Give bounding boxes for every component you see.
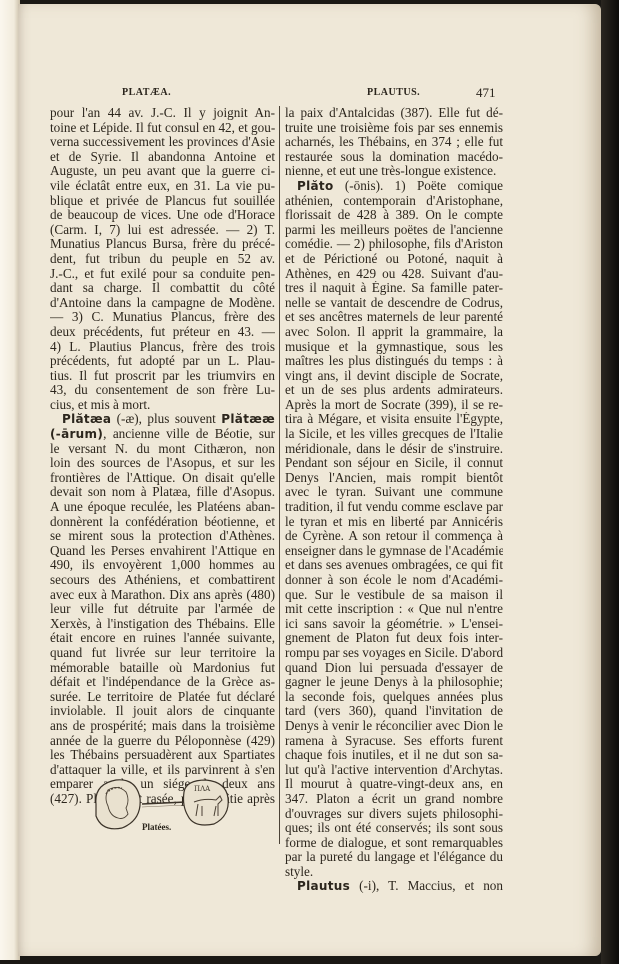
text-line: par la pureté du langage et l'élégance d… xyxy=(285,850,503,865)
text-line: Denys l'Ancien, mais rompit bientôt xyxy=(285,471,503,486)
headword: Plătæa xyxy=(62,412,111,426)
text-line: Il mourut à quatre-vingt-deux ans, en xyxy=(285,777,503,792)
text-line: 490, ils envoyèrent 1,000 hommes au xyxy=(50,558,275,573)
text-line: toine et Lépide. Il fut consul en 42, et… xyxy=(50,121,275,136)
text-line: athénien, contemporain d'Aristophane, xyxy=(285,194,503,209)
headword: Plăto xyxy=(297,179,334,193)
text-line: secours des Athéniens, et combattirent xyxy=(50,573,275,588)
running-head-right: PLAUTUS. xyxy=(367,87,420,98)
text-line: nelle se vantait de descendre de Codrus, xyxy=(285,296,503,311)
svg-text:ΠΛΑ: ΠΛΑ xyxy=(194,785,211,793)
text-line: devait son nom à Platæa, fille d'Asopus. xyxy=(50,485,275,500)
text-line: quand Dion lui persuada d'essayer de xyxy=(285,661,503,676)
text-line: loin des sources de l'Asopus, et sur les xyxy=(50,456,275,471)
text-line: tradition, il fut vendu comme esclave pa… xyxy=(285,500,503,515)
text-line: les Thébains persuadèrent aux Spartiates xyxy=(50,748,275,763)
entry-first-line: Plătæa (-æ), plus souvent Plătææ xyxy=(50,412,275,427)
text-line: truite une troisième fois par ses ennemi… xyxy=(285,121,503,136)
alt-headword: Plătææ xyxy=(221,412,275,426)
text-line: mémorable bataille où Mardonius fut xyxy=(50,661,275,676)
text-line: année de la guerre du Péloponnèse (429) xyxy=(50,734,275,749)
text-line: le tyran et mis en liberté par Annicéris xyxy=(285,515,503,530)
text-line: Xerxès, à l'instigation des Thébains. El… xyxy=(50,617,275,632)
text-line: se mirent sous la protection d'Athènes. xyxy=(50,529,275,544)
text-line: style. xyxy=(285,865,503,880)
text-line: acharnés, les Thébains, en 374 ; elle fu… xyxy=(285,135,503,150)
text-line: A une époque reculée, les Platéens aban- xyxy=(50,500,275,515)
text-line: le versant N. du mont Cithæron, non xyxy=(50,442,275,457)
headword: Plautus xyxy=(297,879,350,893)
text-line: tius. Il fut proscrit par les triumvirs … xyxy=(50,369,275,384)
plancus-continuation: pour l'an 44 av. J.-C. Il y joignit An-t… xyxy=(50,106,275,412)
text-line: méridionale, dans le désir de s'instruir… xyxy=(285,442,503,457)
text-line: Denys à venir le réconcilier avec Dion l… xyxy=(285,719,503,734)
text-line: dant sa charge. Il combattit du côté xyxy=(50,281,275,296)
text-line: nienne, et eut une très-longue existence… xyxy=(285,164,503,179)
text-line: maîtres les plus distingués du temps : à xyxy=(285,354,503,369)
text-line: J.-C., et fut exilé pour sa conduite pen… xyxy=(50,267,275,282)
page-number: 471 xyxy=(476,85,496,101)
text-line: 4) L. Plautius Plancus, frère des trois xyxy=(50,340,275,355)
text-line: donner à son école le nom d'Académi- xyxy=(285,573,503,588)
text-line: la seconde fois, quelques années plus xyxy=(285,690,503,705)
text-line: deux précédents, fut préteur en 43. — xyxy=(50,325,275,340)
entry-plato: Plăto (-ōnis). 1) Poëte comique athénien… xyxy=(285,179,503,880)
text-line: restaurée sous la domination macédo- xyxy=(285,150,503,165)
text-line: Après la mort de Socrate (399), il se re… xyxy=(285,398,503,413)
text-line: la Sicile, et les villes grecques de l'I… xyxy=(285,427,503,442)
text-line: gagner le jeune Denys à la philosophie; xyxy=(285,675,503,690)
text-line: verna successivement les provinces d'Asi… xyxy=(50,135,275,150)
text-line: ramena à Syracuse. Ses efforts furent xyxy=(285,734,503,749)
text-line: tira à Mégare, et visita ensuite l'Égypt… xyxy=(285,412,503,427)
plataea-continuation: la paix d'Antalcidas (387). Elle fut dé-… xyxy=(285,106,503,179)
facing-page-edge xyxy=(0,0,20,960)
text-line: était encore en ruines l'année suivante, xyxy=(50,631,275,646)
text-line: blique et privée de Plancus fut souillée xyxy=(50,194,275,209)
text-line: chaque fois inutiles, et il ne dut son s… xyxy=(285,748,503,763)
text-line: avec Solon. Il apprit la grammaire, la xyxy=(285,325,503,340)
text-line: — 3) C. Munatius Plancus, frère des xyxy=(50,310,275,325)
text-line: ici sans savoir la géométrie. » L'ensei- xyxy=(285,617,503,632)
text-line: et un de ses plus ardents admirateurs. xyxy=(285,383,503,398)
text-line: d'ouvrages sur divers sujets philosophi- xyxy=(285,807,503,822)
text-line: (Carm. I, 7) lui est adressée. — 2) T. xyxy=(50,223,275,238)
text-line: mit cette inscription : « Que nul n'entr… xyxy=(285,602,503,617)
text-line: Athènes, en 429 ou 428. Suivant d'au- xyxy=(285,267,503,282)
text-line: et dans ses avenues ombragées, ce qui fi… xyxy=(285,558,503,573)
right-column: la paix d'Antalcidas (387). Elle fut dé-… xyxy=(285,106,503,894)
entry-first-line: Plautus (-i), T. Maccius, et non xyxy=(285,879,503,894)
column-divider xyxy=(279,106,280,844)
text-line: inviolable. Il jouit alors de cinquante xyxy=(50,704,275,719)
text-line: florissait de 428 à 389. On le compte xyxy=(285,208,503,223)
text-line: Munatius Plancus Bursa, frère du précé- xyxy=(50,237,275,252)
text-line: de beaucoup de vices. Une ode d'Horace xyxy=(50,208,275,223)
text-line: comédie. — 2) philosophe, fils d'Ariston xyxy=(285,237,503,252)
text-line: parmi les meilleurs poëtes de l'ancienne xyxy=(285,223,503,238)
text-line: 347. Platon a écrit un grand nombre xyxy=(285,792,503,807)
text-line: ans de prospérité; mais dans la troisièm… xyxy=(50,719,275,734)
text-line: leur ville fut détruite par l'armée de xyxy=(50,602,275,617)
text-line: tard (vers 360), quand l'invitation de xyxy=(285,704,503,719)
entry-second-line: (-ārum), ancienne ville de Béotie, sur xyxy=(50,427,275,442)
text-line: donnèrent la confédération béotienne, et xyxy=(50,515,275,530)
text-line: rompu par ses voyages en Sicile. D'abord… xyxy=(285,646,503,661)
text-line: ques; ils ont été conservés; ils sont so… xyxy=(285,821,503,836)
text-line: et de Syrie. Il abandonna Antoine et xyxy=(50,150,275,165)
text-line: Quand les Perses envahirent l'Attique en xyxy=(50,544,275,559)
text-line: tres il naquit à Égine. Sa famille pater… xyxy=(285,281,503,296)
text-line: lut qu'à l'active intervention d'Archyta… xyxy=(285,763,503,778)
text-line: vile éclatât entre eux, en 31. La vie pu… xyxy=(50,179,275,194)
text-line: musique et la gymnastique, sous les xyxy=(285,340,503,355)
text-line: la paix d'Antalcidas (387). Elle fut dé- xyxy=(285,106,503,121)
text-line: forme de dialogue, et sont remarquables xyxy=(285,836,503,851)
text-line: avec le tyran. Suivant une commune xyxy=(285,485,503,500)
text-line: et de Périctioné ou Potoné, naquit à xyxy=(285,252,503,267)
entry-first-line: Plăto (-ōnis). 1) Poëte comique xyxy=(285,179,503,194)
text-line: cius, et mis à mort. xyxy=(50,398,275,413)
running-head-left: PLATÆA. xyxy=(122,87,171,98)
entry-plautus: Plautus (-i), T. Maccius, et non xyxy=(285,879,503,894)
text-line: dent, fut tribun du peuple en 52 av. xyxy=(50,252,275,267)
text-line: frontières de l'Attique. On disait qu'el… xyxy=(50,471,275,486)
text-line: Pendant son séjour en Sicile, il connut xyxy=(285,456,503,471)
left-column: pour l'an 44 av. J.-C. Il y joignit An-t… xyxy=(50,106,275,807)
text-line: vingt ans, il devint disciple de Socrate… xyxy=(285,369,503,384)
text-line: 43, du consentement de son frère Lu- xyxy=(50,383,275,398)
text-line: et ses ancêtres maternels de leur parent… xyxy=(285,310,503,325)
text-line: enseigner dans le gymnase de l'Académie xyxy=(285,544,503,559)
text-line: Auguste, un peu avant que la guerre ci- xyxy=(50,164,275,179)
text-line: quand fut livrée sur leur territoire la xyxy=(50,646,275,661)
text-line: d'Antoine dans la campagne de Modène. xyxy=(50,296,275,311)
text-line: de Cyrène. A son retour il commença à xyxy=(285,529,503,544)
running-header: PLATÆA. PLAUTUS. 471 xyxy=(0,86,619,102)
text-line: gnement de Platon fut deux fois inter- xyxy=(285,631,503,646)
text-line: précédents, fut adopté par un L. Plau- xyxy=(50,354,275,369)
text-line: surée. Le territoire de Platée fut décla… xyxy=(50,690,275,705)
entry-plataea: Plătæa (-æ), plus souvent Plătææ (-ārum)… xyxy=(50,412,275,806)
figure-caption: Platées. xyxy=(142,822,171,832)
text-line: défait et l'indépendance de la Grèce as- xyxy=(50,675,275,690)
book-background xyxy=(601,0,619,964)
text-line: pour l'an 44 av. J.-C. Il y joignit An- xyxy=(50,106,275,121)
text-line: que. Sur le vestibule de sa maison il xyxy=(285,588,503,603)
text-line: avec eux à Marathon. Dix ans après (480) xyxy=(50,588,275,603)
